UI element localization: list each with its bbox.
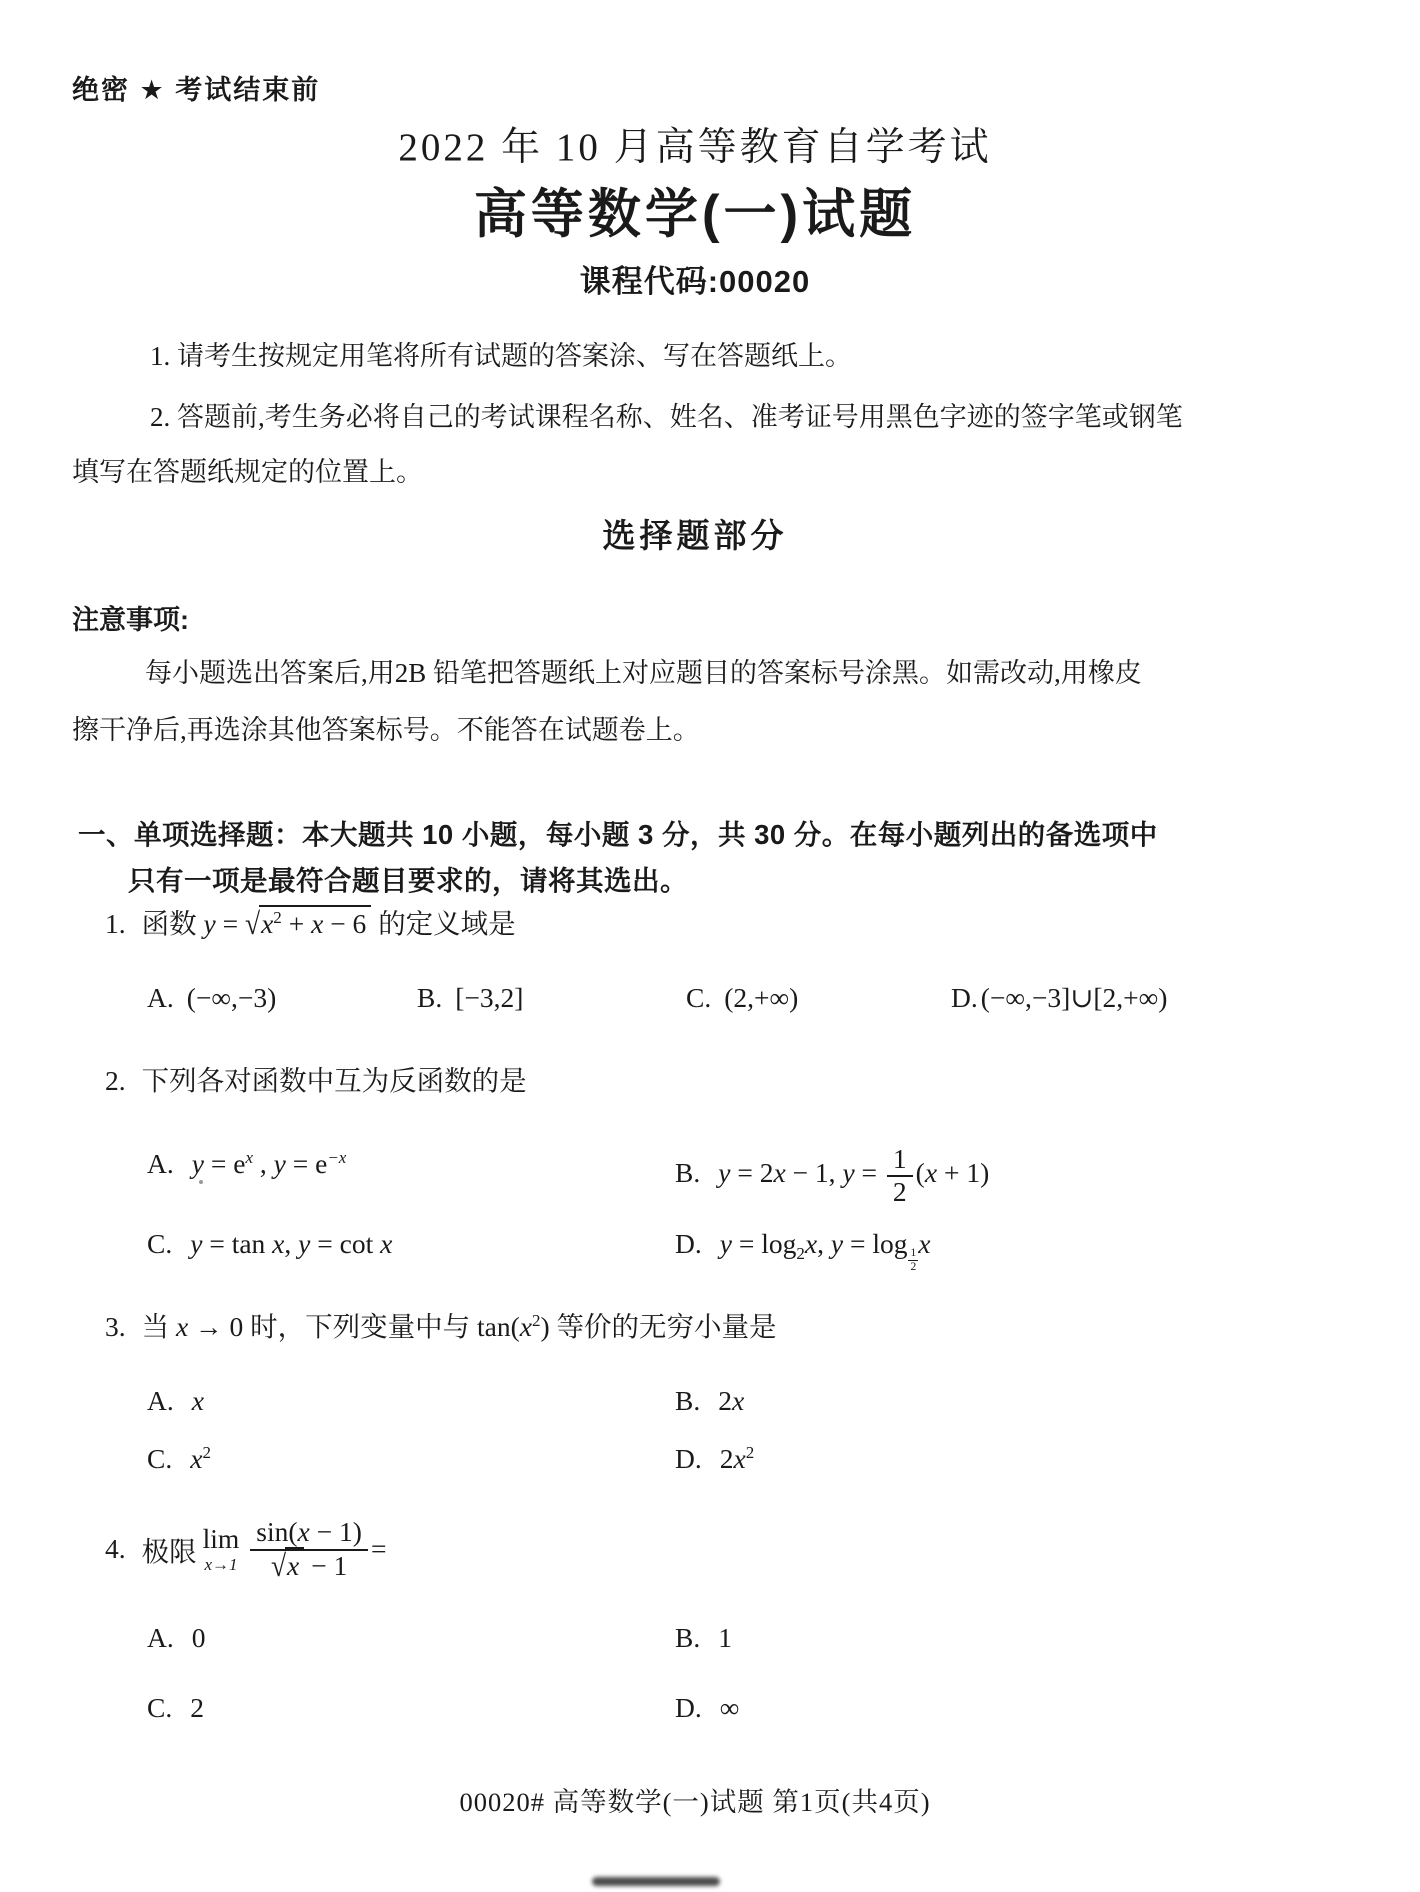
log-base-one-half: 12 [908,1247,918,1275]
option-2B: B.y = 2x − 1, y = 12(x + 1) [675,1144,989,1208]
option-4D: D.∞ [675,1692,739,1724]
fraction-one-half: 12 [887,1144,913,1208]
question-3-number: 3. [105,1311,126,1342]
question-1-stem: 1.函数 y = √x2 + x − 6 的定义域是 [105,901,516,941]
question-1-options: A.(−∞,−3) B.[−3,2] C.(2,+∞) D.(−∞,−3]∪[2… [0,982,1420,1028]
question-4-number: 4. [105,1533,126,1565]
question-4-options-cd: C.2 D.∞ [0,1692,1420,1734]
part1-heading-line2: 只有一项是最符合题目要求的，请将其选出。 [128,865,688,896]
sqrt-x: √x [271,1550,304,1581]
sqrt-expression: √x2 + x − 6 [245,908,371,939]
general-instruction-2: 2. 答题前,考生务必将自己的考试课程名称、姓名、准考证号用黑色字迹的签字笔或钢… [72,390,1362,500]
notice-line1: 每小题选出答案后,用2B 铅笔把答题纸上对应题目的答案标号涂黑。如需改动,用橡皮 [145,658,1142,688]
radical-sign: √ [245,906,260,942]
question-2-options-ab: A.y = ex , y = e−x B.y = 2x − 1, y = 12(… [0,1118,1420,1200]
radical-sign: √ [271,1549,286,1583]
exam-session-title: 2022 年 10 月高等教育自学考试 [0,116,1390,172]
question-4-stem: 4.极限 limx→1 sin(x − 1) √x − 1 = [105,1512,386,1586]
question-1-post: 的定义域是 [378,908,516,939]
option-3C: C.x2 [147,1443,211,1475]
option-2D: D.y = log2x, y = log12x [675,1228,930,1275]
question-1-formula: y = √x2 + x − 6 [204,908,379,939]
option-4B: B.1 [675,1622,732,1654]
option-1D: D.(−∞,−3]∪[2,+∞) [951,982,1167,1014]
scan-artifact-dot [199,1180,203,1184]
part1-heading-line1: 一、单项选择题：本大题共 10 小题，每小题 3 分，共 30 分。在每小题列出… [78,819,1158,850]
question-1-number: 1. [105,908,126,939]
course-code: 课程代码:00020 [0,256,1390,301]
scan-artifact-smudge [592,1877,720,1886]
option-3B: B.2x [675,1385,744,1417]
option-3A: A.x [147,1385,204,1417]
option-2A: A.y = ex , y = e−x [147,1148,346,1180]
question-3-stem: 3.当 x → 0 时，下列变量中与 tan(x2) 等价的无穷小量是 [105,1304,777,1344]
question-2-options-cd: C.y = tan x, y = cot x D.y = log2x, y = … [0,1228,1420,1288]
option-1B: B.[−3,2] [417,982,523,1014]
notice-paragraph: 每小题选出答案后,用2B 铅笔把答题纸上对应题目的答案标号涂黑。如需改动,用橡皮… [72,645,1362,759]
option-2C: C.y = tan x, y = cot x [147,1228,392,1260]
instruction-2-line2: 填写在答题纸规定的位置上。 [72,457,423,487]
section-title: 选择题部分 [0,510,1390,557]
question-2-stem: 2.下列各对函数中互为反函数的是 [105,1058,527,1098]
limit-operator: limx→1 [203,1525,240,1574]
question-4-options-ab: A.0 B.1 [0,1622,1420,1664]
notice-line2: 擦干净后,再选涂其他答案标号。不能答在试题卷上。 [72,715,700,745]
part1-heading: 一、单项选择题：本大题共 10 小题，每小题 3 分，共 30 分。在每小题列出… [78,812,1418,904]
limit-fraction: sin(x − 1) √x − 1 [250,1517,368,1581]
exam-paper-page: 绝密 ★ 考试结束前 2022 年 10 月高等教育自学考试 高等数学(一)试题… [0,0,1420,1892]
option-1C: C.(2,+∞) [686,982,798,1014]
general-instruction-1: 1. 请考生按规定用笔将所有试题的答案涂、写在答题纸上。 [150,334,852,373]
option-4A: A.0 [147,1622,206,1654]
instruction-2-line1: 2. 答题前,考生务必将自己的考试课程名称、姓名、准考证号用黑色字迹的签字笔或钢… [150,402,1183,432]
page-footer: 00020# 高等数学(一)试题 第1页(共4页) [0,1780,1390,1819]
option-3D: D.2x2 [675,1443,754,1475]
question-3-options-ab: A.x B.2x [0,1385,1420,1427]
option-4C: C.2 [147,1692,204,1724]
question-1-pre: 函数 [142,908,197,939]
notice-label: 注意事项: [72,598,189,637]
question-3-options-cd: C.x2 D.2x2 [0,1443,1420,1485]
question-2-number: 2. [105,1065,126,1096]
paper-title: 高等数学(一)试题 [0,172,1390,248]
secrecy-notice: 绝密 ★ 考试结束前 [72,68,320,107]
option-1A: A.(−∞,−3) [147,982,276,1014]
